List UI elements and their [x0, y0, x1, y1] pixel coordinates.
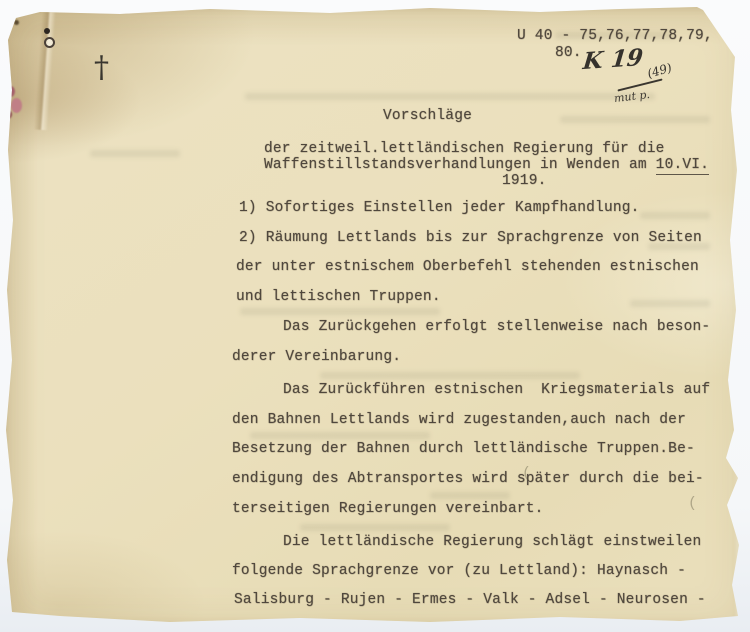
reference-number-line2: 80. [555, 45, 582, 62]
bleedthrough-smudge [560, 116, 710, 123]
handwritten-note-text: mut p. [613, 88, 650, 105]
body-line: terseitigen Regierungen vereinbart. [232, 501, 544, 518]
handwritten-registry-mark: K 19(49) [583, 46, 670, 73]
body-line: endigung des Abtransportes wird später d… [232, 471, 704, 488]
body-line: den Bahnen Lettlands wird zugestanden,au… [232, 412, 686, 429]
document-title: Vorschläge [383, 108, 472, 125]
body-line: Die lettländische Regierung schlägt eins… [283, 534, 701, 551]
bleedthrough-smudge [245, 93, 655, 100]
damage-spot [11, 98, 22, 113]
torn-edge-highlight [734, 40, 742, 620]
reference-number-line1: U 40 - 75,76,77,78,79, [517, 28, 713, 45]
body-line: Das Zurückführen estnischen Kriegsmateri… [283, 382, 710, 399]
bleedthrough-smudge [250, 432, 430, 439]
body-line: der unter estnischem Oberbefehl stehende… [236, 259, 699, 276]
bleedthrough-smudge [300, 524, 450, 531]
body-line: folgende Sprachgrenze vor (zu Lettland):… [232, 563, 686, 580]
body-line: Salisburg - Rujen - Ermes - Valk - Adsel… [234, 592, 706, 609]
subtitle-line3: 1919. [502, 173, 547, 190]
body-line: Besetzung der Bahnen durch lettländische… [232, 441, 695, 458]
punch-hole-mark [44, 28, 50, 34]
handwritten-note: mut p. [614, 85, 650, 104]
damage-spot [14, 20, 19, 25]
bleedthrough-smudge [630, 300, 710, 307]
body-line: 1) Sofortiges Einstellen jeder Kampfhand… [239, 200, 640, 217]
bleedthrough-smudge [90, 150, 180, 157]
subtitle-line2: Waffenstillstandsverhandlungen in Wenden… [264, 157, 709, 174]
handwritten-mark-main: K 19 [582, 44, 645, 75]
cross-mark: † [94, 50, 109, 85]
body-line: und lettischen Truppen. [236, 289, 441, 306]
underlined-date: 10.VI. [656, 157, 709, 175]
bleedthrough-smudge [320, 372, 580, 379]
subtitle-line2-prefix: Waffenstillstandsverhandlungen in Wenden… [264, 157, 656, 173]
damage-spot [6, 86, 15, 97]
subtitle-line1: der zeitweil.lettländischen Regierung fü… [264, 141, 665, 158]
bleedthrough-smudge [640, 212, 710, 219]
bleedthrough-smudge [430, 492, 510, 499]
bleedthrough-smudge [240, 308, 440, 315]
body-line: 2) Räumung Lettlands bis zur Sprachgrenz… [239, 230, 702, 247]
damage-spot [4, 110, 12, 119]
document-page: ( ( † U 40 - 75,76,77,78,79, 80. K 19(49… [0, 0, 750, 632]
body-line: derer Vereinbarung. [232, 349, 401, 366]
scanned-document-view: ( ( † U 40 - 75,76,77,78,79, 80. K 19(49… [0, 0, 750, 632]
punch-ring-mark [44, 37, 55, 48]
body-line: Das Zurückgehen erfolgt stellenweise nac… [283, 319, 710, 336]
bleedthrough-paren: ( [688, 495, 697, 512]
